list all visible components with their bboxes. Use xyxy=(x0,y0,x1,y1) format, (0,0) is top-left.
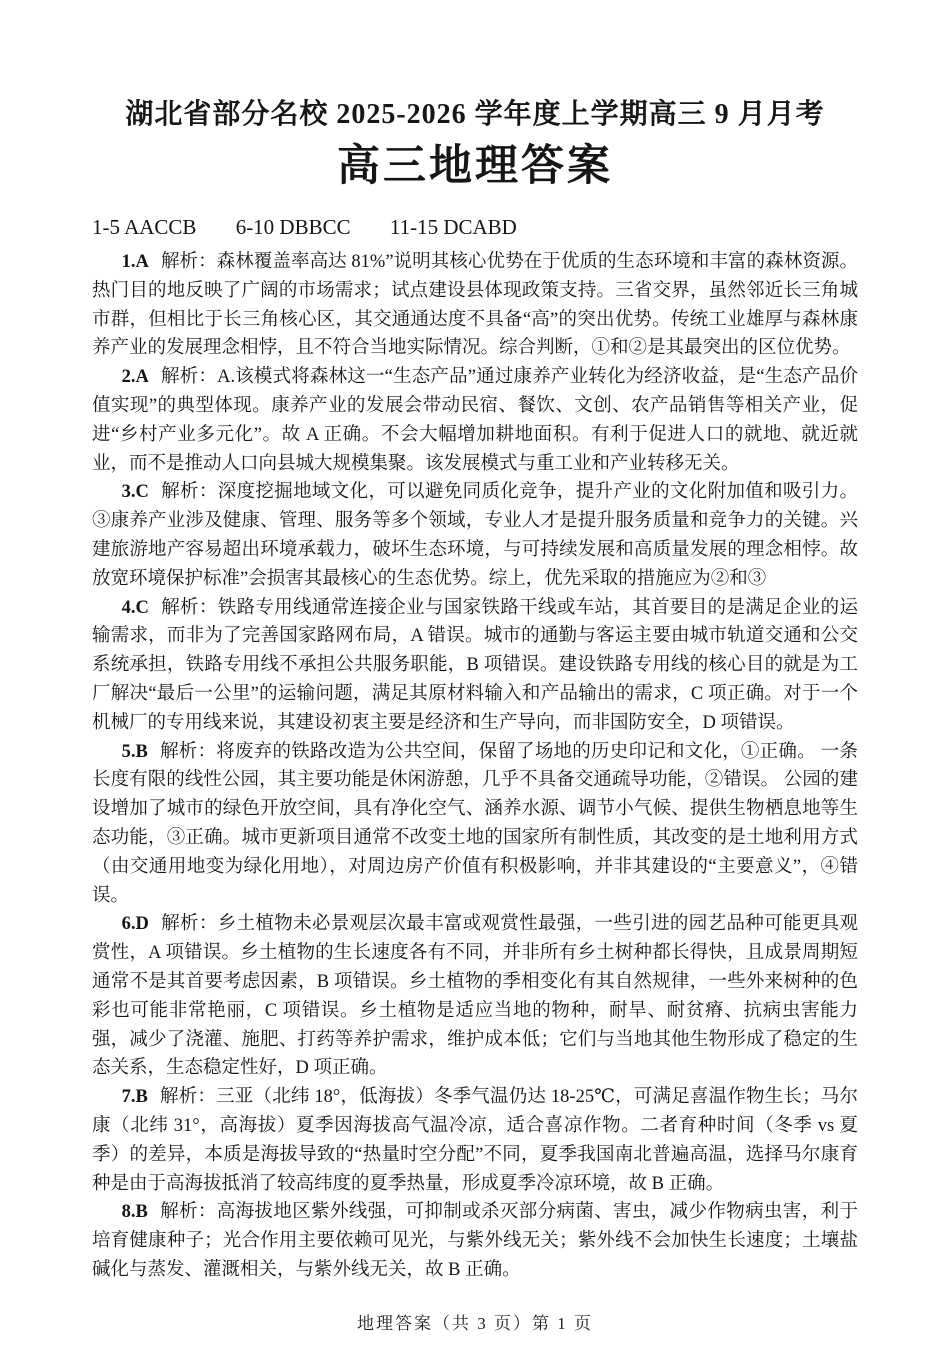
explanation-text: 解析：铁路专用线通常连接企业与国家铁路干线或车站，其首要目的是满足企业的运输需求… xyxy=(92,598,858,733)
answer-explanation-6: 6.D解析：乡土植物未必景观层次最丰富或观赏性最强，一些引进的园艺品种可能更具观… xyxy=(92,910,858,1083)
answer-explanation-2: 2.A解析：A.该模式将森林这一“生态产品”通过康养产业转化为经济收益，是“生态… xyxy=(92,363,858,478)
explanation-text: 解析：将废弃的铁路改造为公共空间，保留了场地的历史印记和文化，①正确。 一条长度… xyxy=(92,742,858,906)
question-number: 6.D xyxy=(122,914,149,934)
explanation-text: 解析：乡土植物未必景观层次最丰富或观赏性最强，一些引进的园艺品种可能更具观赏性，… xyxy=(92,914,858,1078)
answer-explanation-3: 3.C解析：深度挖掘地域文化，可以避免同质化竞争，提升产业的文化附加值和吸引力。… xyxy=(92,478,858,593)
page-footer: 地理答案（共 3 页）第 1 页 xyxy=(92,1309,858,1334)
answer-explanation-4: 4.C解析：铁路专用线通常连接企业与国家铁路干线或车站，其首要目的是满足企业的运… xyxy=(92,594,858,738)
question-number: 2.A xyxy=(122,367,149,387)
explanation-text: 解析：森林覆盖率高达 81%”说明其核心优势在于优质的生态环境和丰富的森林资源。… xyxy=(92,252,858,358)
answer-explanation-5: 5.B解析：将废弃的铁路改造为公共空间，保留了场地的历史印记和文化，①正确。 一… xyxy=(92,738,858,911)
answer-key-group-11-15: 11-15 DCABD xyxy=(390,215,517,239)
question-number: 8.B xyxy=(122,1202,148,1222)
answer-key-line: 1-5 AACCB 6-10 DBBCC 11-15 DCABD xyxy=(92,212,858,242)
explanation-text: 解析：高海拔地区紫外线强，可抑制或杀灭部分病菌、害虫，减少作物病虫害，利于培育健… xyxy=(92,1202,858,1280)
document-title: 湖北省部分名校 2025-2026 学年度上学期高三 9 月月考 xyxy=(92,96,858,134)
document-page: 湖北省部分名校 2025-2026 学年度上学期高三 9 月月考 高三地理答案 … xyxy=(0,0,950,1345)
answer-explanation-8: 8.B解析：高海拔地区紫外线强，可抑制或杀灭部分病菌、害虫，减少作物病虫害，利于… xyxy=(92,1198,858,1284)
explanation-text: 解析：三亚（北纬 18°，低海拔）冬季气温仍达 18-25℃，可满足喜温作物生长… xyxy=(92,1087,858,1193)
explanation-text: 解析：深度挖掘地域文化，可以避免同质化竞争，提升产业的文化附加值和吸引力。③康养… xyxy=(92,482,858,588)
explanation-text: 解析：A.该模式将森林这一“生态产品”通过康养产业转化为经济收益，是“生态产品价… xyxy=(92,367,858,473)
answer-key-group-1-5: 1-5 AACCB xyxy=(92,215,196,239)
question-number: 4.C xyxy=(122,598,149,618)
document-subtitle: 高三地理答案 xyxy=(92,142,858,192)
answer-explanation-7: 7.B解析：三亚（北纬 18°，低海拔）冬季气温仍达 18-25℃，可满足喜温作… xyxy=(92,1083,858,1198)
question-number: 5.B xyxy=(122,742,148,762)
question-number: 1.A xyxy=(122,252,149,272)
answer-explanation-1: 1.A解析：森林覆盖率高达 81%”说明其核心优势在于优质的生态环境和丰富的森林… xyxy=(92,248,858,363)
answer-key-group-6-10: 6-10 DBBCC xyxy=(236,215,351,239)
question-number: 3.C xyxy=(122,482,149,502)
question-number: 7.B xyxy=(122,1087,148,1107)
